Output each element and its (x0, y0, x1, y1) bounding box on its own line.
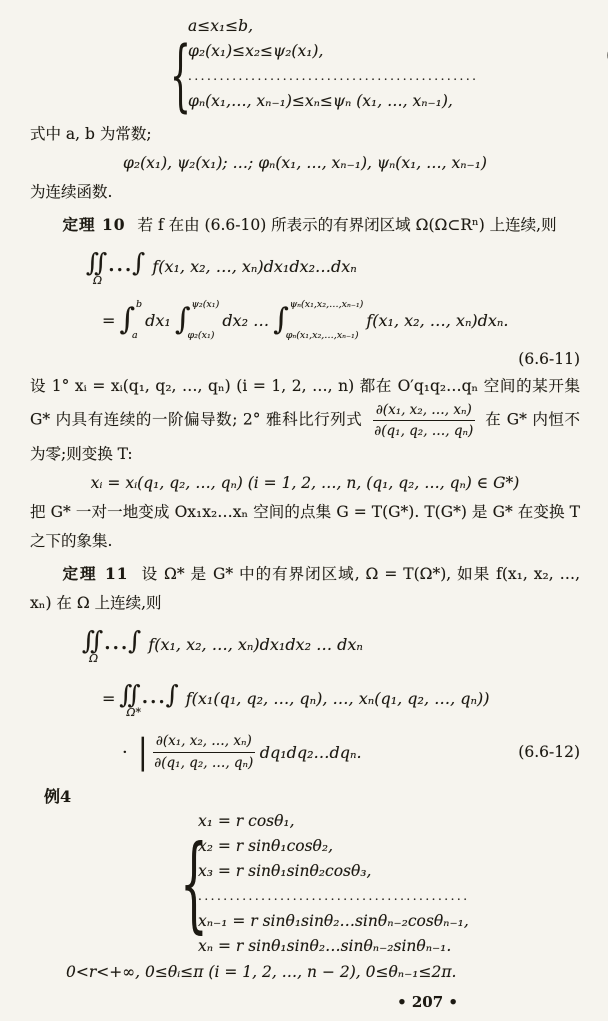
equation-line: x₁ = r cosθ₁, (198, 809, 580, 834)
integral-upper-bound: ψ₂(x₁) (191, 300, 219, 310)
equation-system-6-6-13: x₁ = r cosθ₁, { x₂ = r sinθ₁cosθ₂, x₃ = … (180, 809, 580, 959)
equation-line: φ₂(x₁)≤x₂≤ψ₂(x₁), (188, 39, 478, 64)
theorem-11: 定理 11设 Ω* 是 G* 中的有界闭区域, Ω = T(Ω*), 如果 f(… (30, 559, 580, 618)
equation-line: xₙ = r sinθ₁sinθ₂…sinθₙ₋₂sinθₙ₋₁. (198, 934, 580, 959)
multiple-integral-icon: ∬…∫Ω (82, 626, 143, 662)
integration-region: Ω (93, 274, 102, 287)
left-brace-icon: { (180, 834, 188, 933)
product-dot: · (122, 742, 128, 763)
integrand: f(x₁, x₂, …, xₙ)dx₁dx₂ … dxₙ (148, 635, 363, 654)
dotted-ellipsis-line: ........................................… (198, 884, 470, 909)
differential: dx₂ … (222, 311, 269, 330)
braced-lines: x₂ = r sinθ₁cosθ₂, x₃ = r sinθ₁sinθ₂cosθ… (198, 834, 470, 934)
braced-group: { φ₂(x₁)≤x₂≤ψ₂(x₁), ....................… (170, 39, 580, 114)
integral-sign: ∫ ψₙ(x₁,x₂,…,xₙ₋₁)φₙ(x₁,x₂,…,xₙ₋₁) (273, 300, 366, 340)
display-equation-6-6-12: ∬…∫Ω f(x₁, x₂, …, xₙ)dx₁dx₂ … dxₙ = ∬…∫Ω… (30, 626, 580, 771)
conditions-line: 0<r<+∞, 0≤θᵢ≤π (i = 1, 2, …, n − 2), 0≤θ… (66, 963, 580, 981)
theorem-10: 定理 10若 f 在由 (6.6-10) 所表示的有界闭区域 Ω(Ω⊂Rⁿ) 上… (30, 210, 580, 240)
integrand: f(x₁, x₂, …, xₙ)dxₙ. (366, 311, 508, 330)
multiple-integral-icon: ∬…∫Ω* (119, 680, 180, 716)
braced-group: { x₂ = r sinθ₁cosθ₂, x₃ = r sinθ₁sinθ₂co… (180, 834, 580, 934)
mapping-paragraph: 把 G* 一对一地变成 Ox₁x₂…xₙ 空间的点集 G = T(G*). T(… (30, 498, 580, 556)
differentials: dq₁dq₂…dqₙ. (260, 743, 362, 762)
dotted-ellipsis-line: ........................................… (188, 64, 478, 89)
example-4-label: 例4 (44, 784, 580, 807)
equation-tag: (6.6-12) (518, 743, 580, 761)
integration-region: Ω* (126, 706, 141, 719)
integrand: f(x₁(q₁, q₂, …, qₙ), …, xₙ(q₁, q₂, …, qₙ… (186, 689, 490, 708)
braced-lines: φ₂(x₁)≤x₂≤ψ₂(x₁), ......................… (188, 39, 478, 114)
fraction-denominator: ∂(q₁, q₂, …, qₙ) (153, 753, 255, 772)
page-number: • 207 • (30, 981, 580, 1017)
theorem-10-text: 若 f 在由 (6.6-10) 所表示的有界闭区域 Ω(Ω⊂Rⁿ) 上连续,则 (138, 216, 557, 234)
integral-sign: ∫ ψ₂(x₁)φ₂(x₁) (175, 300, 222, 340)
spherical-coordinates-system: x₁ = r cosθ₁, { x₂ = r sinθ₁cosθ₂, x₃ = … (180, 809, 580, 959)
multiple-integral-icon: ∬…∫Ω (86, 248, 147, 284)
integral-upper-bound: ψₙ(x₁,x₂,…,xₙ₋₁) (290, 300, 364, 310)
equation-line: φₙ(x₁,…, xₙ₋₁)≤xₙ≤ψₙ (x₁, …, xₙ₋₁), (188, 89, 478, 114)
integrand: f(x₁, x₂, …, xₙ)dx₁dx₂…dxₙ (152, 257, 356, 276)
fraction-numerator: ∂(x₁, x₂, …, xₙ) (373, 401, 475, 421)
theorem-10-label: 定理 10 (63, 215, 126, 234)
theorem-11-label: 定理 11 (63, 564, 129, 583)
integral-upper-bound: b (136, 300, 142, 310)
absolute-value-bar: | (138, 732, 148, 772)
integration-region: Ω (89, 652, 98, 665)
equals-sign: = (102, 311, 115, 330)
equals-sign: = (102, 689, 115, 708)
integral-lower-bound: φₙ(x₁,x₂,…,xₙ₋₁) (286, 331, 364, 341)
fraction-numerator: ∂(x₁, x₂, …, xₙ) (153, 732, 255, 752)
integral-lower-bound: φ₂(x₁) (187, 331, 219, 341)
functions-list-line: φ₂(x₁), ψ₂(x₁); …; φₙ(x₁, …, xₙ₋₁), ψₙ(x… (30, 149, 580, 178)
jacobian-fraction: ∂(x₁, x₂, …, xₙ)∂(q₁, q₂, …, qₙ) (153, 732, 255, 771)
transform-equation: xᵢ = xᵢ(q₁, q₂, …, qₙ) (i = 1, 2, …, n, … (30, 469, 580, 498)
equation-tag: (6.6-11) (30, 350, 580, 368)
equation-line: x₂ = r sinθ₁cosθ₂, (198, 834, 470, 859)
paragraph-constants: 式中 a, b 为常数; (30, 120, 580, 149)
equation-line: xₙ₋₁ = r sinθ₁sinθ₂…sinθₙ₋₂cosθₙ₋₁, (198, 909, 470, 934)
fraction-denominator: ∂(q₁, q₂, …, qₙ) (373, 421, 475, 440)
hypotheses-paragraph: 设 1° xᵢ = xᵢ(q₁, q₂, …, qₙ) (i = 1, 2, …… (30, 372, 580, 469)
equation-line: x₃ = r sinθ₁sinθ₂cosθ₃, (198, 859, 470, 884)
jacobian-fraction: ∂(x₁, x₂, …, xₙ)∂(q₁, q₂, …, qₙ) (373, 401, 475, 440)
integral-signs: ∬…∫ (119, 680, 178, 709)
differential: dx₁ (145, 311, 171, 330)
inequality-system: a≤x₁≤b, { φ₂(x₁)≤x₂≤ψ₂(x₁), ............… (170, 14, 580, 114)
integral-signs: ∬…∫ (82, 626, 141, 655)
paragraph-continuous: 为连续函数. (30, 178, 580, 207)
integral-signs: ∬…∫ (86, 248, 145, 277)
left-brace-icon: { (170, 39, 178, 113)
integral-lower-bound: a (132, 331, 142, 341)
scanned-textbook-page: a≤x₁≤b, { φ₂(x₁)≤x₂≤ψ₂(x₁), ............… (0, 0, 608, 1021)
equation-line: a≤x₁≤b, (188, 14, 580, 39)
display-equation-6-6-11: ∬…∫Ω f(x₁, x₂, …, xₙ)dx₁dx₂…dxₙ = ∫ ba d… (30, 248, 580, 368)
equation-system-6-6-10: a≤x₁≤b, { φ₂(x₁)≤x₂≤ψ₂(x₁), ............… (170, 14, 580, 114)
integral-sign: ∫ ba (119, 300, 145, 340)
